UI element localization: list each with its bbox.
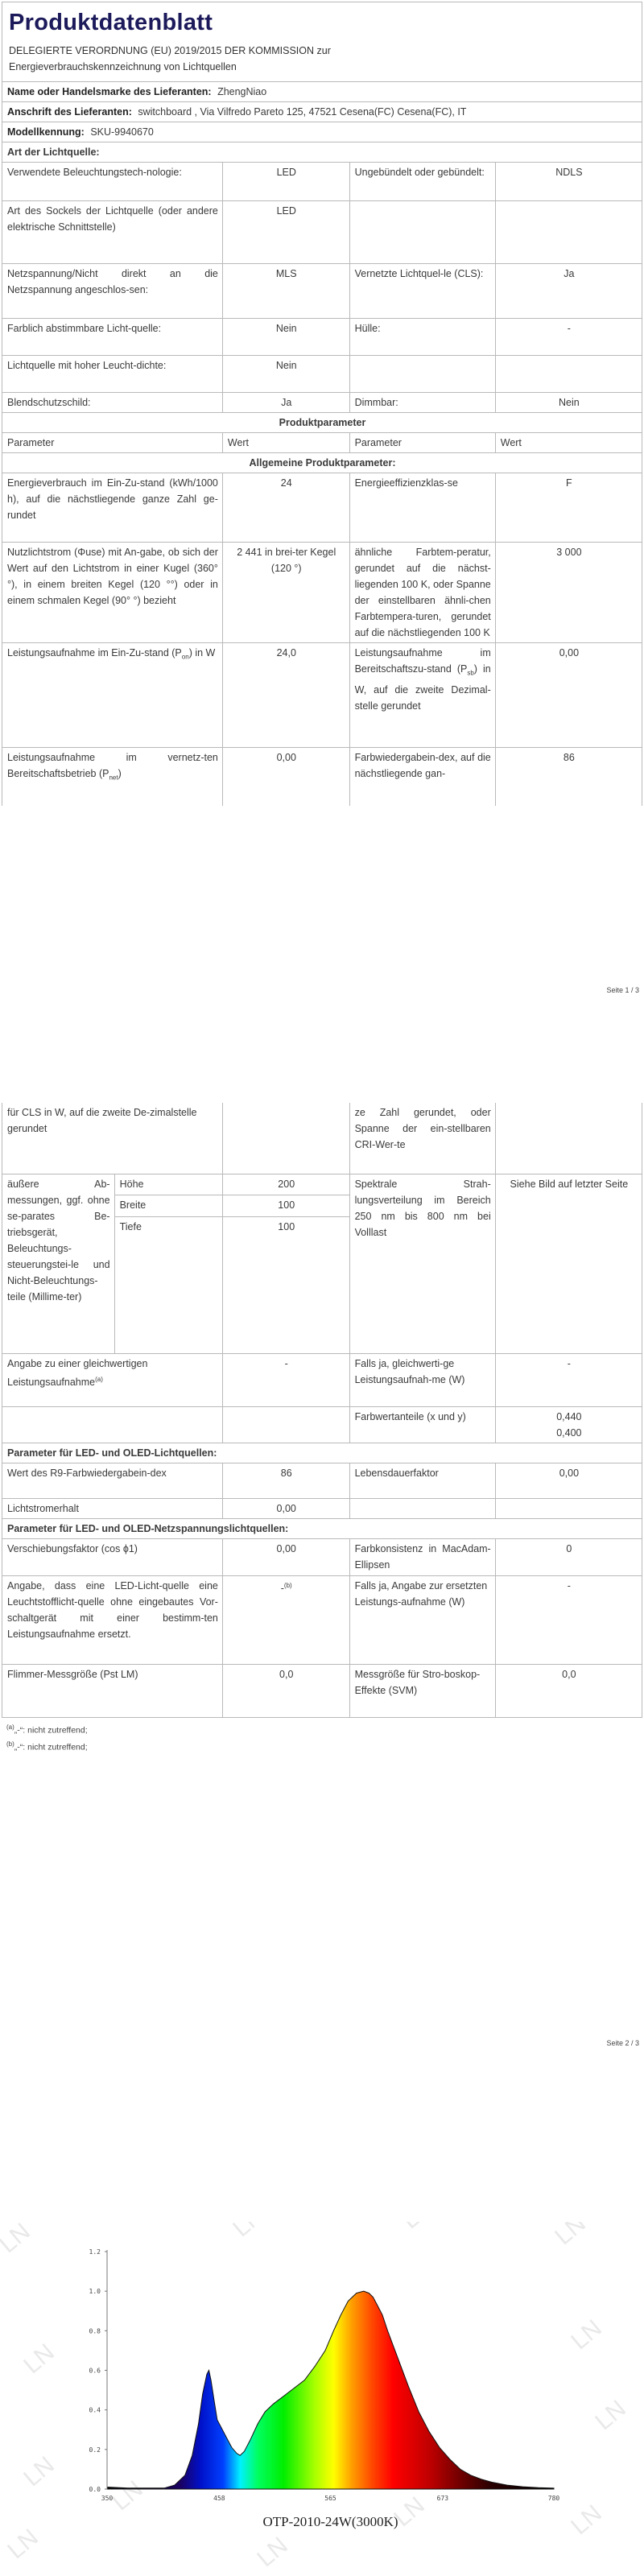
param-label: Angabe, dass eine LED-Licht-quelle eine … [2,1575,223,1664]
general-params-title: Allgemeine Produktparameter: [2,453,642,473]
table-row: Wert des R9-Farbwiedergabein-dex 86 Lebe… [2,1463,642,1498]
param-label: Farblich abstimmbare Licht-quelle: [2,319,223,356]
chromaticity-y: 0,400 [501,1425,638,1441]
footnotes: (a)„-“: nicht zutreffend; (b)„-“: nicht … [0,1718,644,1757]
param-value [222,1103,349,1174]
footnote-b: (b)„-“: nicht zutreffend; [6,1735,644,1757]
y-tick-label: 1.2 [89,2248,101,2256]
y-tick-label: 0.8 [89,2327,101,2334]
param-value: 0,00 [222,748,349,806]
param-value: 3 000 [495,543,642,643]
param-value: Ja [495,264,642,319]
param-label: Messgröße für Stro-boskop-Effekte (SVM) [349,1664,495,1717]
table-row: Farblich abstimmbare Licht-quelle: Nein … [2,319,642,356]
param-value: 0,0 [222,1664,349,1717]
param-label: Art des Sockels der Lichtquelle (oder an… [2,201,223,264]
param-value: 0 [495,1538,642,1575]
spectrum-chart-svg: LNLNLNLNLNLNLNLNLNLNLNLNLN 0.00.20.40.60… [0,2222,644,2576]
param-label: Lebensdauerfaktor [349,1463,495,1498]
table-row: Angabe, dass eine LED-Licht-quelle eine … [2,1575,642,1664]
param-label [349,1498,495,1518]
param-value: 24,0 [222,643,349,748]
y-tick-label: 0.0 [89,2486,101,2493]
param-value: NDLS [495,163,642,201]
watermark: LN [107,2475,148,2516]
param-value: - [222,1353,349,1406]
regulation-line-1: DELEGIERTE VERORDNUNG (EU) 2019/2015 DER… [9,43,635,59]
param-label: Farbwiedergabein-dex, auf die nächstlieg… [349,748,495,806]
param-label: für CLS in W, auf die zweite De-zimalste… [2,1103,223,1174]
watermark: LN [228,2222,269,2242]
watermark: LN [19,2339,60,2379]
datasheet-table-page-2: für CLS in W, auf die zweite De-zimalste… [2,1103,642,1718]
dimension-value: 100 [222,1216,349,1353]
param-value: - [495,319,642,356]
param-label: Farbkonsistenz in MacAdam-Ellipsen [349,1538,495,1575]
param-value: 2 441 in brei-ter Kegel (120 °) [222,543,349,643]
table-row: Energieverbrauch im Ein-Zu-stand (kWh/10… [2,473,642,543]
y-tick-label: 0.6 [89,2368,101,2375]
watermark: LN [252,2532,293,2572]
param-value: Nein [222,356,349,393]
dimension-name: Höhe [114,1174,222,1195]
table-row: Art des Sockels der Lichtquelle (oder an… [2,201,642,264]
param-value [495,201,642,264]
x-tick-label: 673 [437,2495,449,2502]
column-header-value: Wert [222,433,349,453]
param-label: Leistungsaufnahme im vernetz-ten Bereits… [2,748,223,806]
model-value: SKU-9940670 [90,126,154,138]
param-label: Dimmbar: [349,393,495,413]
table-row: Verwendete Beleuchtungstech-nologie: LED… [2,163,642,201]
model-row: Modellkennung: SKU-9940670 [2,122,642,142]
x-tick-label: 458 [213,2495,225,2502]
light-source-section-title: Art der Lichtquelle: [2,142,642,163]
watermark: LN [0,2222,35,2258]
y-tick-label: 1.0 [89,2288,101,2295]
param-value: 24 [222,473,349,543]
x-tick-label: 350 [101,2495,114,2502]
table-row: Blendschutzschild: Ja Dimmbar: Nein [2,393,642,413]
param-value [495,356,642,393]
param-value: -(b) [222,1575,349,1664]
param-label: Leistungsaufnahme im Bereitschaftszu-sta… [349,643,495,748]
supplier-name-label: Name oder Handelsmarke des Lieferanten: [7,86,212,97]
supplier-address-label: Anschrift des Lieferanten: [7,106,132,118]
page-1: Produktdatenblatt DELEGIERTE VERORDNUNG … [0,2,644,806]
param-value: LED [222,201,349,264]
y-tick-label: 0.4 [89,2407,101,2414]
param-label: Energieeffizienzklas-se [349,473,495,543]
spectrum-chart: LNLNLNLNLNLNLNLNLNLNLNLNLN 0.00.20.40.60… [0,2222,644,2576]
table-row: Lichtquelle mit hoher Leucht-dichte: Nei… [2,356,642,393]
param-label: Lichtquelle mit hoher Leucht-dichte: [2,356,223,393]
param-label: ähnliche Farbtem-peratur, gerundet auf d… [349,543,495,643]
table-row: Angabe zu einer gleichwertigen Leistungs… [2,1353,642,1406]
param-label: Farbwertanteile (x und y) [349,1406,495,1443]
model-label: Modellkennung: [7,126,85,138]
dimension-name: Tiefe [114,1216,222,1353]
table-row: Netzspannung/Nicht direkt an die Netzspa… [2,264,642,319]
param-value: Ja [222,393,349,413]
dimension-value: 200 [222,1174,349,1195]
page-number-1: Seite 1 / 3 [606,986,639,994]
param-label: Angabe zu einer gleichwertigen Leistungs… [2,1353,223,1406]
dimensions-row: äußere Ab-messungen, ggf. ohne se-parate… [2,1174,642,1195]
watermark: LN [397,2222,438,2234]
param-value: Nein [495,393,642,413]
param-label: Falls ja, Angabe zur ersetzten Leistungs… [349,1575,495,1664]
param-label: Lichtstromerhalt [2,1498,223,1518]
param-value: F [495,473,642,543]
table-row: Verschiebungsfaktor (cos ϕ1) 0,00 Farbko… [2,1538,642,1575]
param-value: 0,00 [222,1538,349,1575]
header-cell: Produktdatenblatt DELEGIERTE VERORDNUNG … [2,2,642,82]
chromaticity-x: 0,440 [501,1409,638,1425]
table-row: Leistungsaufnahme im Ein-Zu-stand (Pon) … [2,643,642,748]
x-tick-label: 780 [548,2495,560,2502]
led-params-title: Parameter für LED- und OLED-Lichtquellen… [2,1443,642,1463]
supplier-name-value: ZhengNiao [217,86,266,97]
param-label: Spektrale Strah-lungsverteilung im Berei… [349,1174,495,1353]
column-header-parameter: Parameter [349,433,495,453]
watermark: LN [19,2451,60,2491]
param-label [349,201,495,264]
table-row: Lichtstromerhalt 0,00 [2,1498,642,1518]
table-row: Flimmer-Messgröße (Pst LM) 0,0 Messgröße… [2,1664,642,1717]
param-label: Wert des R9-Farbwiedergabein-dex [2,1463,223,1498]
param-label: Falls ja, gleichwerti-ge Leistungsaufnah… [349,1353,495,1406]
column-header-parameter: Parameter [2,433,223,453]
dimension-name: Breite [114,1195,222,1217]
param-label: Ungebündelt oder gebündelt: [349,163,495,201]
param-value: 86 [222,1463,349,1498]
param-value [495,1498,642,1518]
param-value: 0,440 0,400 [495,1406,642,1443]
table-row: Nutzlichtstrom (Φuse) mit An-gabe, ob si… [2,543,642,643]
datasheet-table-page-1: Produktdatenblatt DELEGIERTE VERORDNUNG … [2,2,642,806]
table-row: Leistungsaufnahme im vernetz-ten Bereits… [2,748,642,806]
mains-params-title: Parameter für LED- und OLED-Netzspannung… [2,1518,642,1538]
param-label: Nutzlichtstrom (Φuse) mit An-gabe, ob si… [2,543,223,643]
supplier-address-value: switchboard , Via Vilfredo Pareto 125, 4… [138,106,466,118]
watermark: LN [590,2395,631,2435]
watermark: LN [550,2222,591,2250]
param-label: Hülle: [349,319,495,356]
param-value: Nein [222,319,349,356]
param-label [349,356,495,393]
param-label: Verschiebungsfaktor (cos ϕ1) [2,1538,223,1575]
param-value [495,1103,642,1174]
param-label: Netzspannung/Nicht direkt an die Netzspa… [2,264,223,319]
regulation-line-2: Energieverbrauchskennzeichnung von Licht… [9,59,635,75]
dimensions-label: äußere Ab-messungen, ggf. ohne se-parate… [2,1174,115,1353]
column-header-value: Wert [495,433,642,453]
param-label: ze Zahl gerundet, oder Spanne der ein-st… [349,1103,495,1174]
dimension-value: 100 [222,1195,349,1217]
param-value: 0,00 [222,1498,349,1518]
page-2: für CLS in W, auf die zweite De-zimalste… [0,1103,644,1757]
param-label: Verwendete Beleuchtungstech-nologie: [2,163,223,201]
watermark: LN [566,2314,607,2355]
page-title: Produktdatenblatt [9,7,635,38]
param-value: 86 [495,748,642,806]
param-label: Leistungsaufnahme im Ein-Zu-stand (Pon) … [2,643,223,748]
param-label: Blendschutzschild: [2,393,223,413]
x-tick-label: 565 [324,2495,336,2502]
supplier-name-row: Name oder Handelsmarke des Lieferanten: … [2,82,642,102]
param-label: Energieverbrauch im Ein-Zu-stand (kWh/10… [2,473,223,543]
y-tick-label: 0.2 [89,2446,101,2454]
table-row: für CLS in W, auf die zweite De-zimalste… [2,1103,642,1174]
table-row: Farbwertanteile (x und y) 0,440 0,400 [2,1406,642,1443]
param-value: 0,00 [495,1463,642,1498]
param-value: MLS [222,264,349,319]
column-header-row: Parameter Wert Parameter Wert [2,433,642,453]
param-value: LED [222,163,349,201]
param-value: 0,00 [495,643,642,748]
param-value: Siehe Bild auf letzter Seite [495,1174,642,1353]
product-params-section-title: Produktparameter [2,413,642,433]
param-value: - [495,1353,642,1406]
param-value: - [495,1575,642,1664]
spectrum-area [107,2291,554,2489]
watermark: LN [566,2500,607,2540]
param-value: 0,0 [495,1664,642,1717]
param-label: Vernetzte Lichtquel-le (CLS): [349,264,495,319]
param-label: Flimmer-Messgröße (Pst LM) [2,1664,223,1717]
chart-title: OTP-2010-24W(3000K) [262,2514,398,2529]
supplier-address-row: Anschrift des Lieferanten: switchboard ,… [2,102,642,122]
watermark: LN [2,2524,43,2564]
page-number-2: Seite 2 / 3 [606,2039,639,2047]
